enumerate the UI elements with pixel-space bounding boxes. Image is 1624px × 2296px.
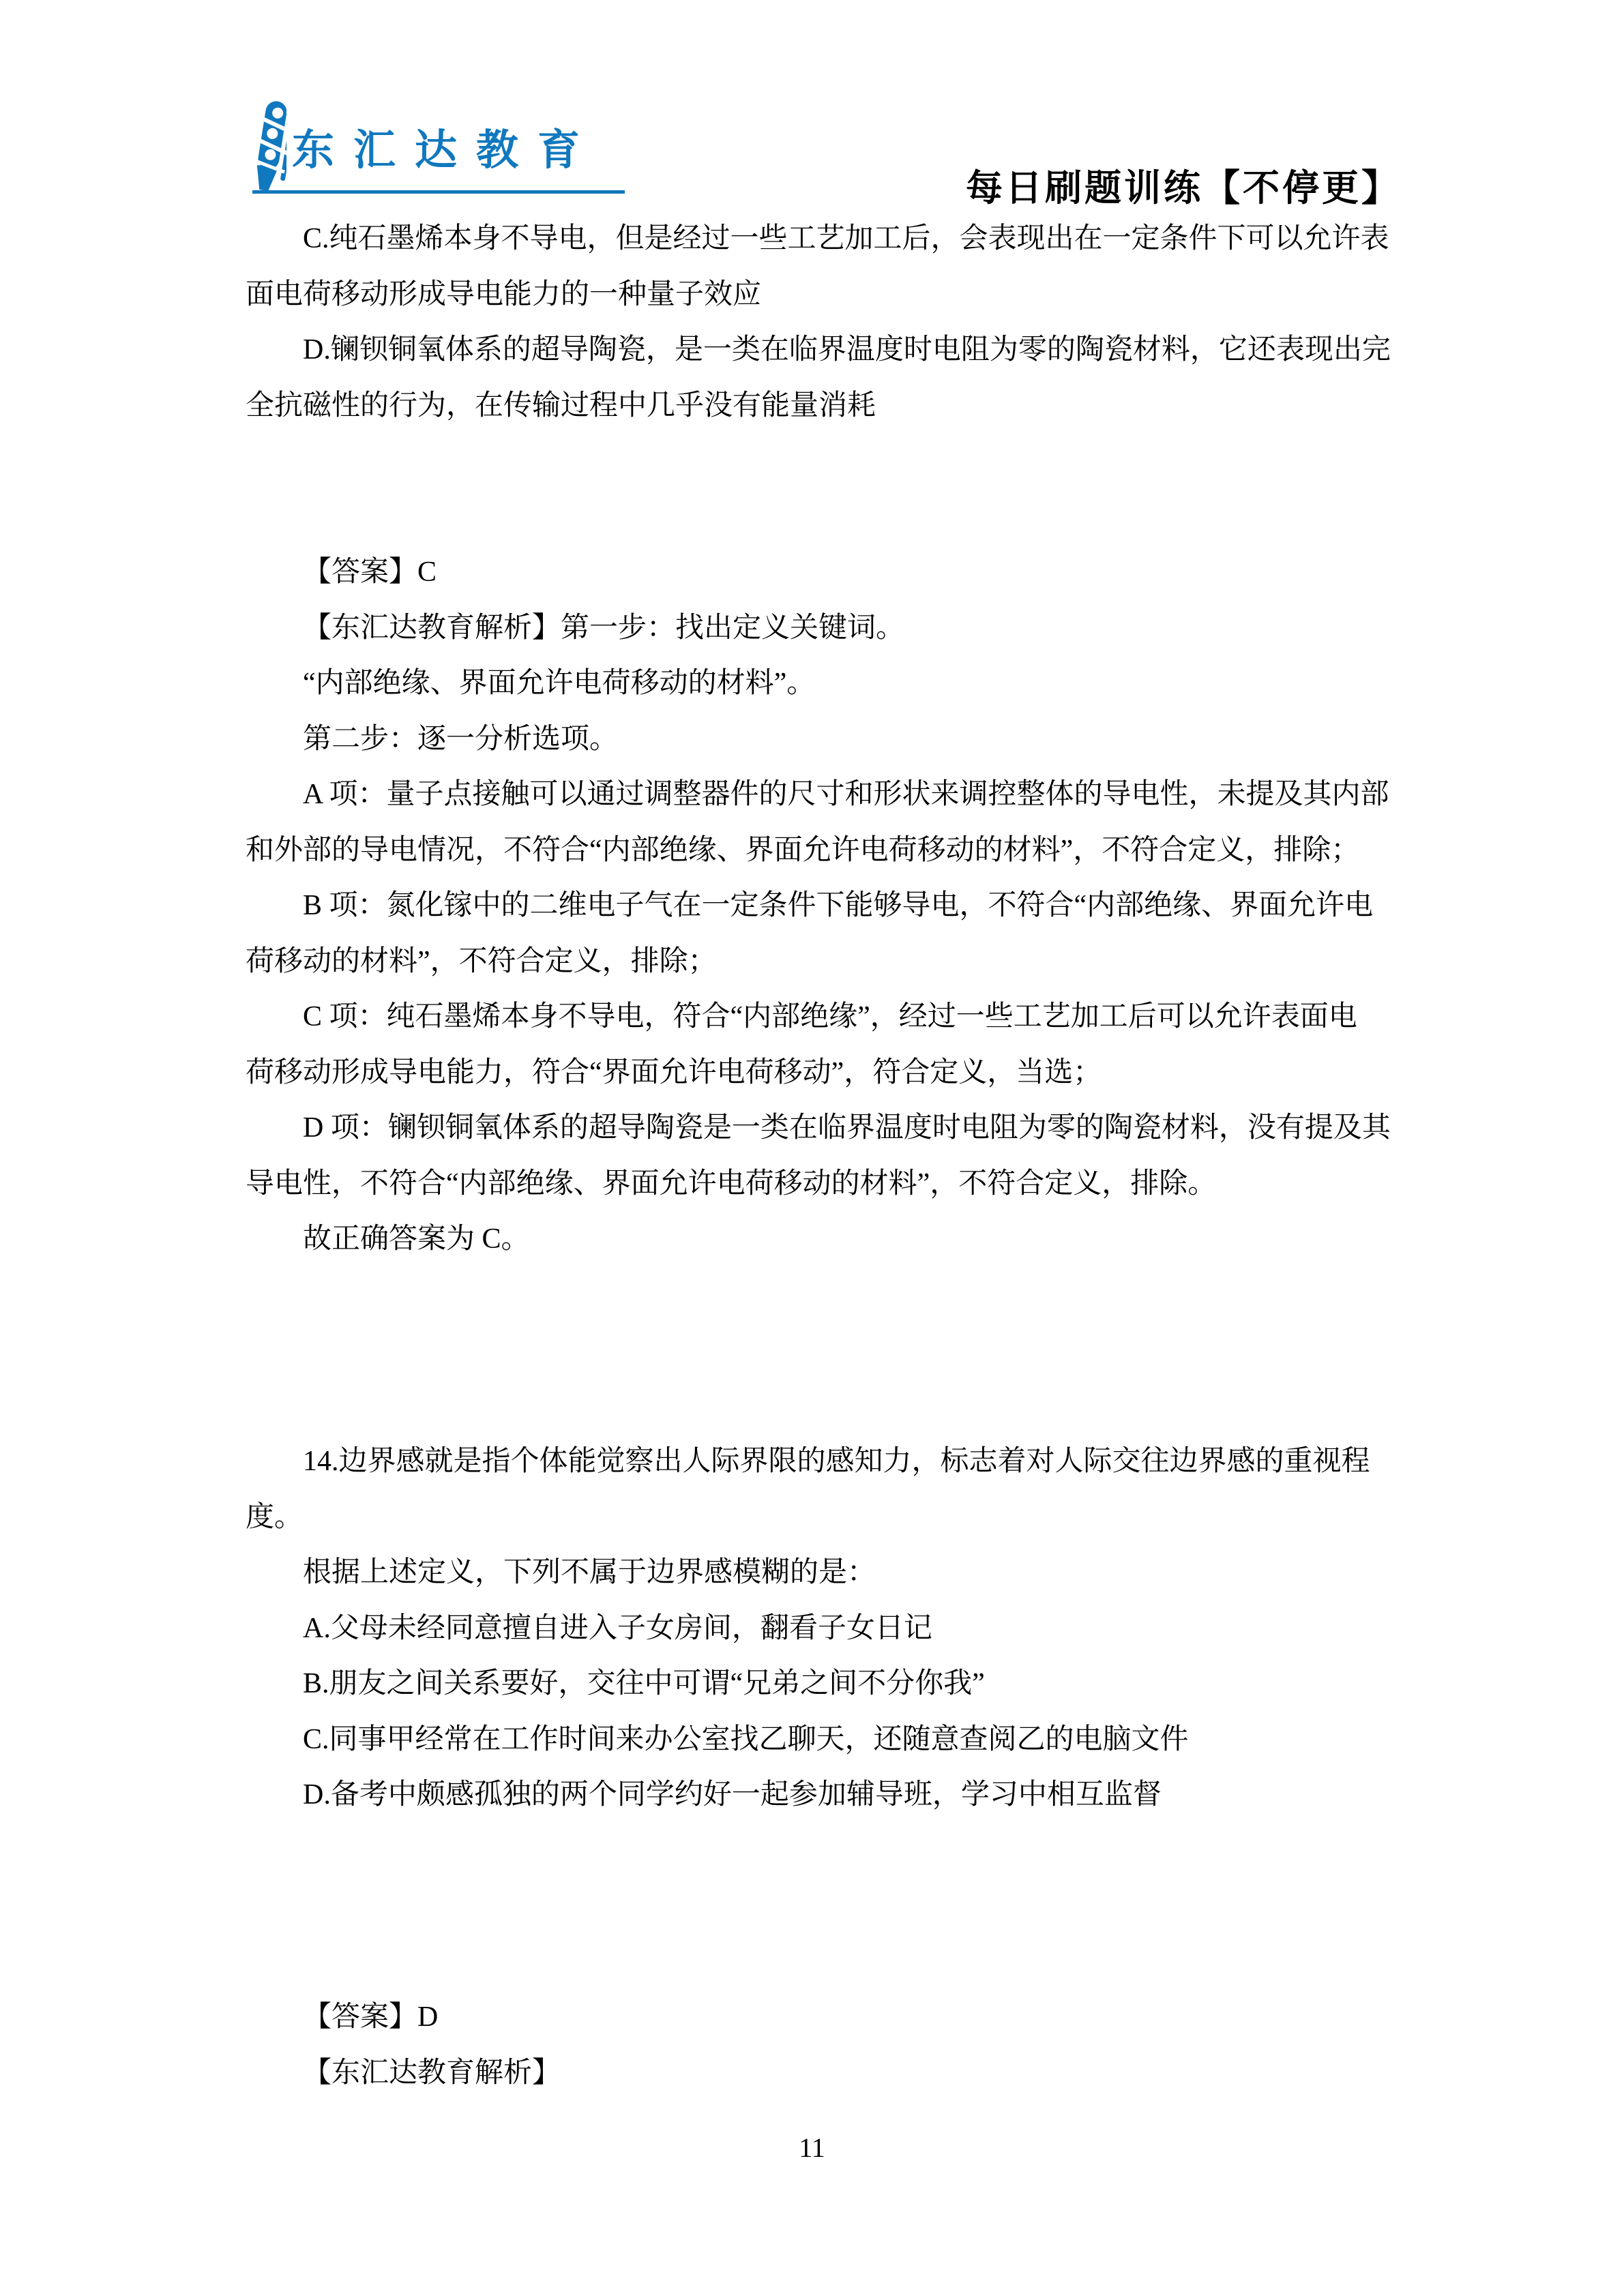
text-line: D 项：镧钡铜氧体系的超导陶瓷是一类在临界温度时电阻为零的陶瓷材料，没有提及其 xyxy=(246,1101,1391,1157)
page-number: 11 xyxy=(0,2132,1624,2164)
text-line: C.纯石墨烯本身不导电，但是经过一些工艺加工后，会表现出在一定条件下可以允许表 xyxy=(246,211,1391,267)
text-line: 根据上述定义，下列不属于边界感模糊的是： xyxy=(246,1545,1391,1601)
text-line: C.同事甲经常在工作时间来办公室找乙聊天，还随意查阅乙的电脑文件 xyxy=(246,1712,1391,1768)
pen-icon xyxy=(251,101,286,195)
text-line: 荷移动的材料”，不符合定义，排除； xyxy=(246,934,1391,990)
text-line: D.备考中颇感孤独的两个同学约好一起参加辅导班，学习中相互监督 xyxy=(246,1768,1391,1823)
text-line: “内部绝缘、界面允许电荷移动的材料”。 xyxy=(246,656,1391,712)
text-line: A.父母未经同意擅自进入子女房间，翻看子女日记 xyxy=(246,1601,1391,1657)
text-line: 导电性，不符合“内部绝缘、界面允许电荷移动的材料”，不符合定义，排除。 xyxy=(246,1157,1391,1212)
text-line: 面电荷移动形成导电能力的一种量子效应 xyxy=(246,267,1391,323)
text-line: 和外部的导电情况，不符合“内部绝缘、界面允许电荷移动的材料”，不符合定义，排除； xyxy=(246,823,1391,879)
page-header-title: 每日刷题训练【不停更】 xyxy=(966,159,1401,211)
text-line: 度。 xyxy=(246,1490,1391,1546)
text-line: 【答案】D xyxy=(246,1990,1391,2046)
document-page: 东汇达教育 每日刷题训练【不停更】 C.纯石墨烯本身不导电，但是经过一些工艺加工… xyxy=(0,0,1624,2296)
text-line: 14.边界感就是指个体能觉察出人际界限的感知力，标志着对人际交往边界感的重视程 xyxy=(246,1434,1391,1490)
text-line: 【东汇达教育解析】第一步：找出定义关键词。 xyxy=(246,601,1391,657)
text-line: D.镧钡铜氧体系的超导陶瓷，是一类在临界温度时电阻为零的陶瓷材料，它还表现出完 xyxy=(246,323,1391,378)
document-body: C.纯石墨烯本身不导电，但是经过一些工艺加工后，会表现出在一定条件下可以允许表面… xyxy=(246,211,1391,2101)
text-line: B 项：氮化镓中的二维电子气在一定条件下能够导电，不符合“内部绝缘、界面允许电 xyxy=(246,878,1391,934)
text-line: 【答案】C xyxy=(246,545,1391,601)
text-line: 第二步：逐一分析选项。 xyxy=(246,712,1391,768)
brand-logo-text: 东汇达教育 xyxy=(292,128,599,173)
text-line: 全抗磁性的行为，在传输过程中几乎没有能量消耗 xyxy=(246,378,1391,434)
text-line: 荷移动形成导电能力，符合“界面允许电荷移动”，符合定义，当选； xyxy=(246,1045,1391,1101)
text-line: 故正确答案为 C。 xyxy=(246,1212,1391,1268)
text-line: A 项：量子点接触可以通过调整器件的尺寸和形状来调控整体的导电性，未提及其内部 xyxy=(246,767,1391,823)
text-line: 【东汇达教育解析】 xyxy=(246,2046,1391,2102)
text-line: B.朋友之间关系要好，交往中可谓“兄弟之间不分你我” xyxy=(246,1656,1391,1712)
text-line: C 项：纯石墨烯本身不导电，符合“内部绝缘”，经过一些工艺加工后可以允许表面电 xyxy=(246,989,1391,1045)
logo-underline xyxy=(252,190,625,194)
